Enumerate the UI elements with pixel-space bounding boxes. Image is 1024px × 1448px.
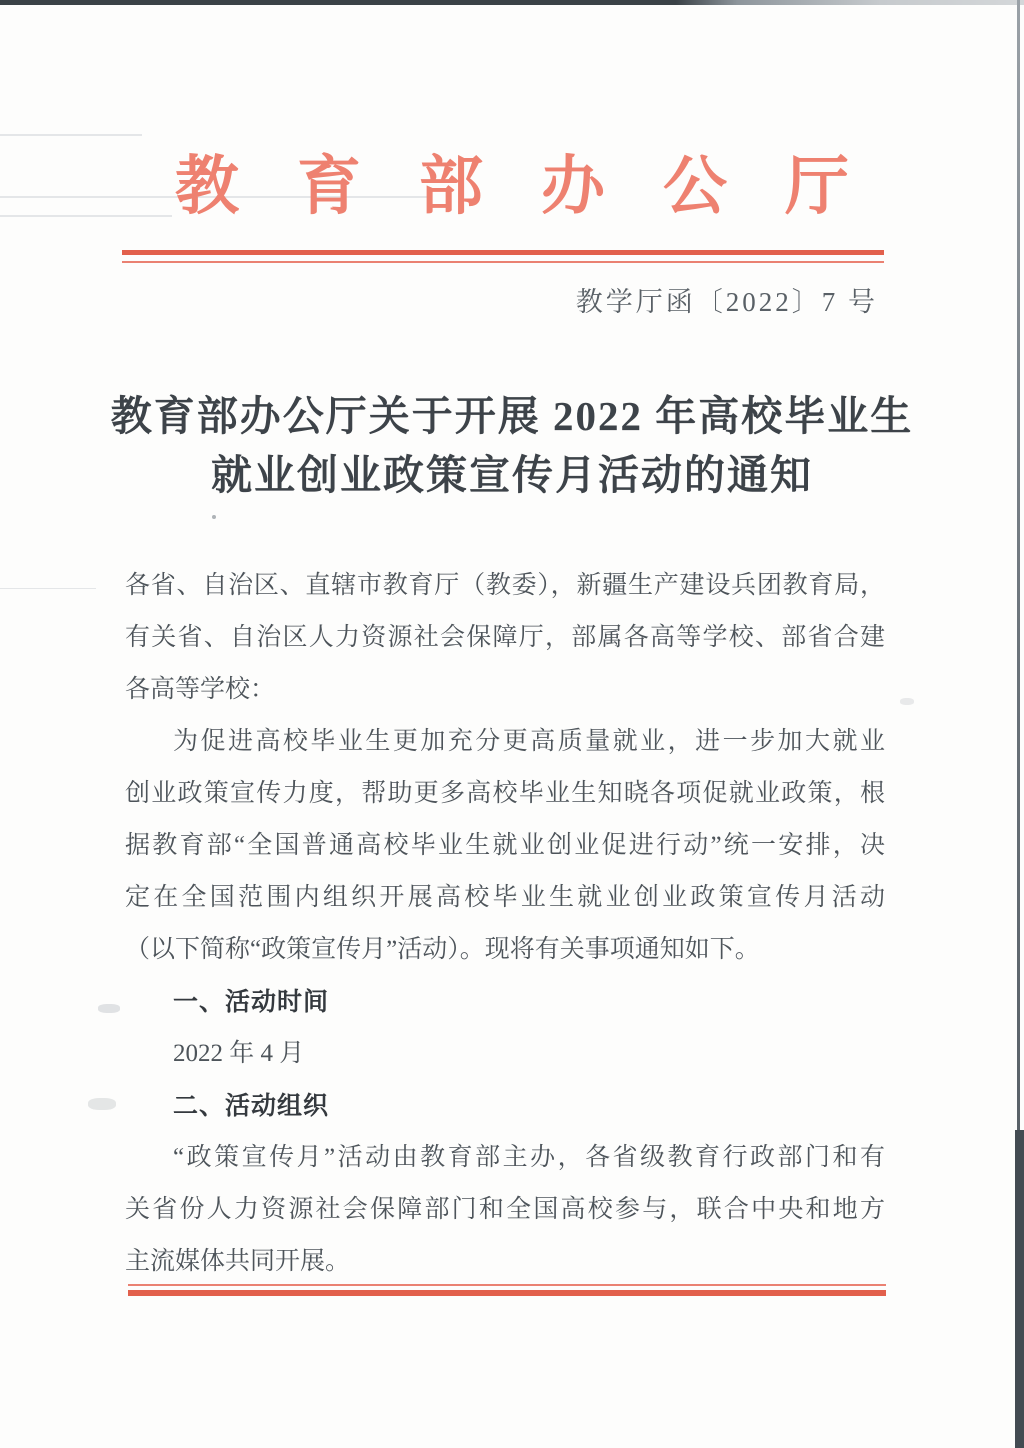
scan-edge-top: [0, 0, 1024, 5]
body-line: 主流媒体共同开展。: [125, 1236, 885, 1288]
footer-rule-thin: [128, 1284, 886, 1286]
body-line: 创业政策宣传力度，帮助更多高校毕业生知晓各项促就业政策，根: [125, 768, 885, 820]
document-number: 教学厅函〔2022〕7 号: [576, 284, 878, 320]
footer-rule-thick: [128, 1290, 886, 1296]
body-line: 关省份人力资源社会保障部门和全国高校参与，联合中央和地方: [125, 1184, 885, 1236]
body-line: 有关省、自治区人力资源社会保障厅，部属各高等学校、部省合建: [125, 612, 885, 664]
body-line: （以下简称“政策宣传月”活动）。现将有关事项通知如下。: [125, 924, 885, 976]
notice-title-line-1: 教育部办公厅关于开展 2022 年高校毕业生: [0, 392, 1024, 440]
scan-artifact-speckle: [212, 515, 216, 519]
scan-artifact-smudge: [900, 698, 914, 705]
letterhead-rule-thick: [122, 250, 884, 255]
letterhead-agency-name: 教育部办公厅: [0, 150, 1024, 224]
scan-artifact-line: [0, 134, 142, 136]
scan-artifact-smudge: [98, 1004, 120, 1013]
body-line: 各高等学校：: [125, 664, 885, 716]
body-line: “政策宣传月”活动由教育部主办，各省级教育行政部门和有: [125, 1132, 885, 1184]
section-heading: 二、活动组织: [125, 1080, 885, 1132]
body-line: 为促进高校毕业生更加充分更高质量就业，进一步加大就业: [125, 716, 885, 768]
scan-edge-right-lower: [1015, 1130, 1024, 1448]
body-line: 定在全国范围内组织开展高校毕业生就业创业政策宣传月活动: [125, 872, 885, 924]
body-line: 据教育部“全国普通高校毕业生就业创业促进行动”统一安排，决: [125, 820, 885, 872]
scan-artifact-smudge: [88, 1098, 116, 1110]
notice-body: 各省、自治区、直辖市教育厅（教委），新疆生产建设兵团教育局，有关省、自治区人力资…: [125, 560, 885, 1288]
scan-artifact-line: [0, 588, 96, 589]
letterhead-rule-thin: [122, 261, 884, 263]
body-line: 各省、自治区、直辖市教育厅（教委），新疆生产建设兵团教育局，: [125, 560, 885, 612]
notice-title-line-2: 就业创业政策宣传月活动的通知: [0, 451, 1024, 499]
document-page: 教育部办公厅 教学厅函〔2022〕7 号 教育部办公厅关于开展 2022 年高校…: [0, 0, 1024, 1448]
body-line: 2022 年 4 月: [125, 1028, 885, 1080]
section-heading: 一、活动时间: [125, 976, 885, 1028]
